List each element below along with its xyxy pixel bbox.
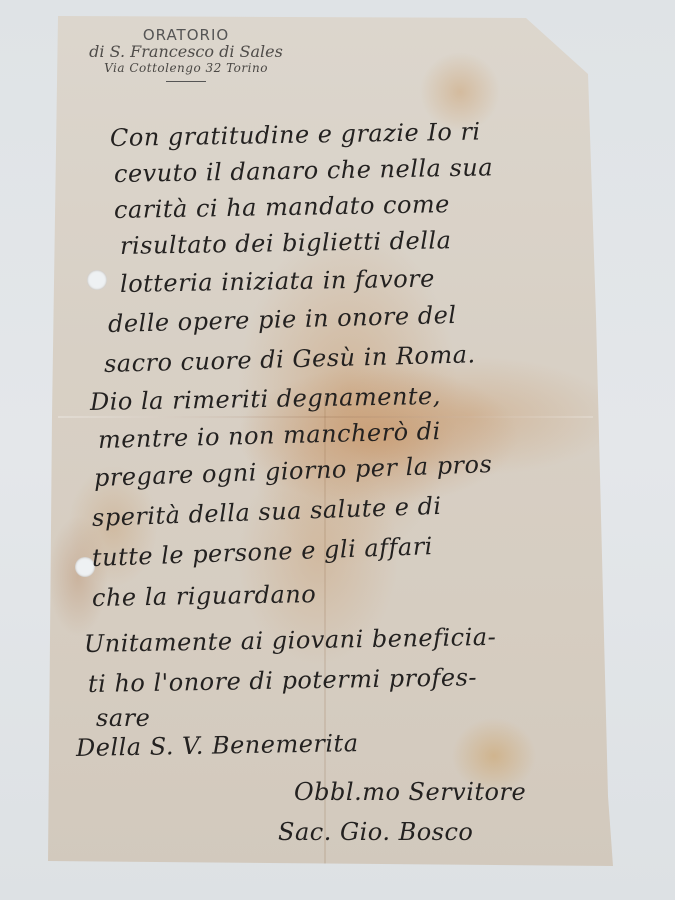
body-line: sacro cuore di Gesù in Roma. [104,340,476,378]
body-line: lotteria iniziata in favore [120,265,435,298]
body-line: ti ho l'onore di potermi profes- [88,663,478,698]
letterhead-stamp: ORATORIO di S. Francesco di Sales Via Co… [66,26,306,82]
body-line: sperità della sua salute e di [92,492,443,532]
body-line: carità ci ha mandato come [114,190,450,224]
body-line: Dio la rimeriti degnamente, [90,382,441,416]
letter-paper: ORATORIO di S. Francesco di Sales Via Co… [48,16,613,874]
body-line: risultato dei biglietti della [120,226,452,260]
punch-hole-upper [87,270,107,290]
body-line: mentre io non mancherò di [98,417,441,454]
body-line: sare [96,704,150,732]
letter-closing: Della S. V. Benemerita [76,729,359,762]
letterhead-name: di S. Francesco di Sales [66,42,306,61]
signature-name: Sac. Gio. Bosco [278,818,473,846]
signature-title: Obbl.mo Servitore [294,778,526,806]
letterhead-address: Via Cottolengo 32 Torino [66,61,306,75]
letterhead-rule [166,81,206,82]
body-line: tutte le persone e gli affari [92,532,434,572]
body-line: delle opere pie in onore del [108,301,457,338]
body-line: cevuto il danaro che nella sua [114,153,494,188]
body-line: Con gratitudine e grazie Io ri [110,118,481,152]
body-line: Unitamente ai giovani beneficia- [84,623,497,658]
body-line: pregare ogni giorno per la pros [94,450,493,492]
body-line: che la riguardano [92,580,317,612]
